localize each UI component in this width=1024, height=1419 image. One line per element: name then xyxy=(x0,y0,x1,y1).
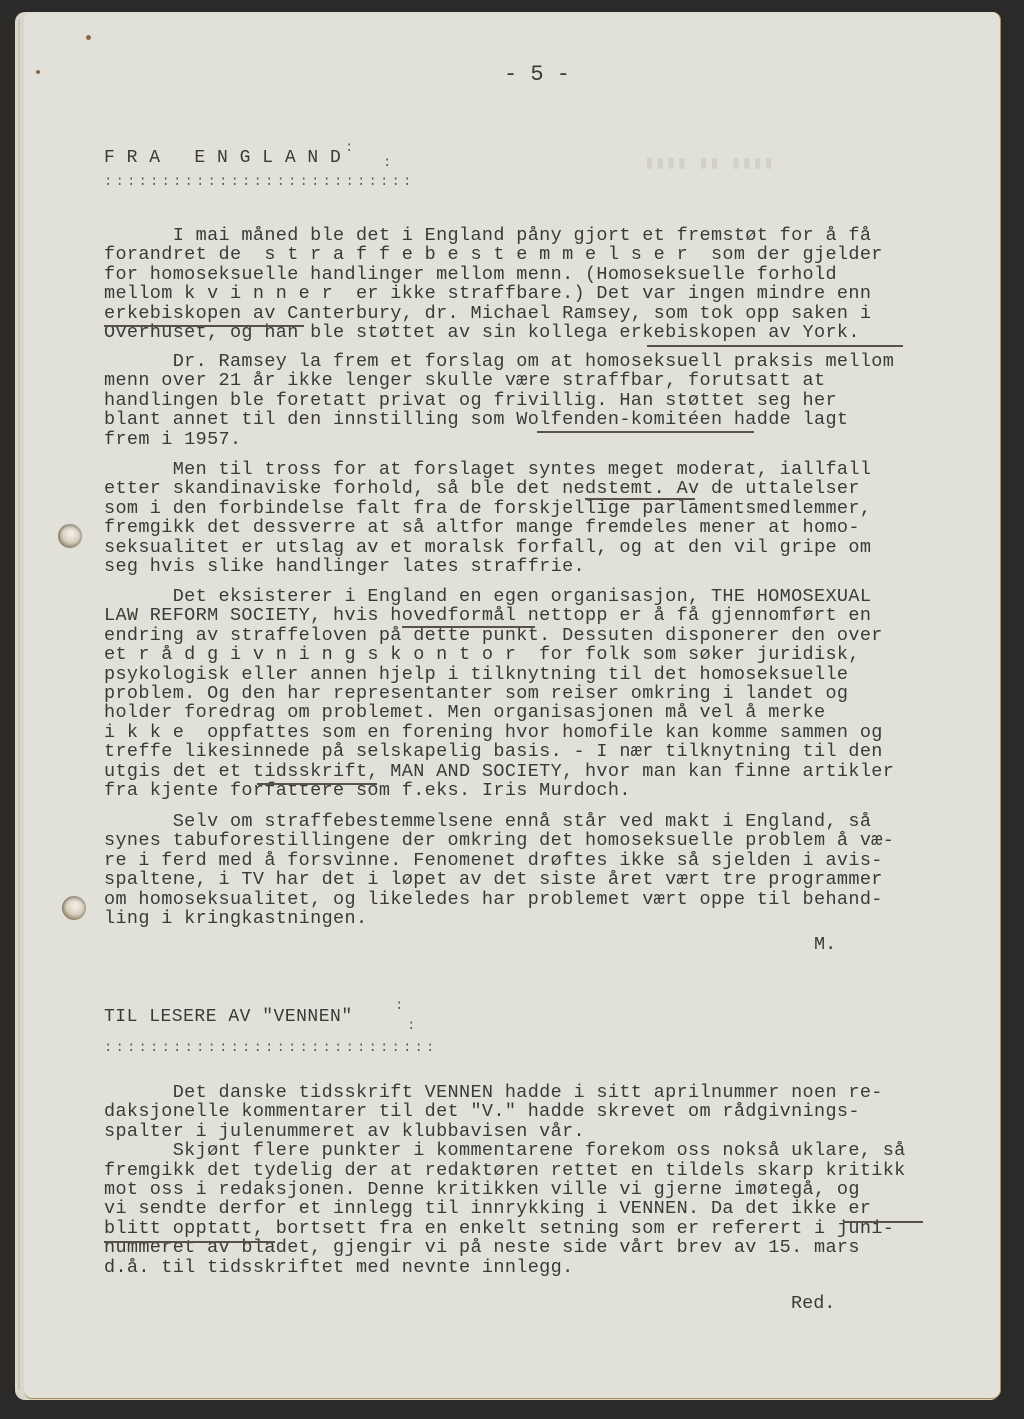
page-number: - 5 - xyxy=(504,62,570,87)
section-title-til-lesere: TIL LESERE AV "VENNEN" xyxy=(104,1007,353,1027)
underline xyxy=(257,782,377,785)
signature-red: Red. xyxy=(791,1293,835,1314)
heading-mark: : xyxy=(345,140,356,156)
heading-dot-rule: ::::::::::::::::::::::::::: xyxy=(104,174,415,190)
paragraph-4: Det eksisterer i England en egen organis… xyxy=(104,587,894,800)
signature-m: M. xyxy=(814,934,836,955)
paragraph-5: Selv om straffebestemmelsene ennå står v… xyxy=(104,812,894,928)
heading-dot-rule: ::::::::::::::::::::::::::::: xyxy=(104,1040,438,1056)
underline xyxy=(104,1240,275,1243)
paragraph-3: Men til tross for at forslaget syntes me… xyxy=(104,460,871,576)
punch-hole-upper xyxy=(58,524,82,548)
section-title-fra-england: F R A E N G L A N D xyxy=(104,148,341,168)
underline xyxy=(537,430,754,433)
underline xyxy=(843,1220,923,1223)
page-edge-line xyxy=(18,20,20,1390)
paragraph-6: Det danske tidsskrift VENNEN hadde i sit… xyxy=(104,1083,906,1277)
underline xyxy=(585,497,695,500)
heading-mark: : xyxy=(407,1018,418,1034)
underline xyxy=(402,625,535,628)
stain-speck xyxy=(86,35,91,40)
heading-mark: : xyxy=(383,155,394,171)
punch-hole-lower xyxy=(62,896,86,920)
stain-speck xyxy=(36,70,40,74)
show-through-text: ▮▮▮▮ ▮▮ ▮▮▮▮ xyxy=(644,152,774,174)
underline xyxy=(104,324,304,327)
heading-mark: : xyxy=(395,998,406,1014)
paragraph-2: Dr. Ramsey la frem et forslag om at homo… xyxy=(104,352,894,449)
underline xyxy=(647,344,903,347)
